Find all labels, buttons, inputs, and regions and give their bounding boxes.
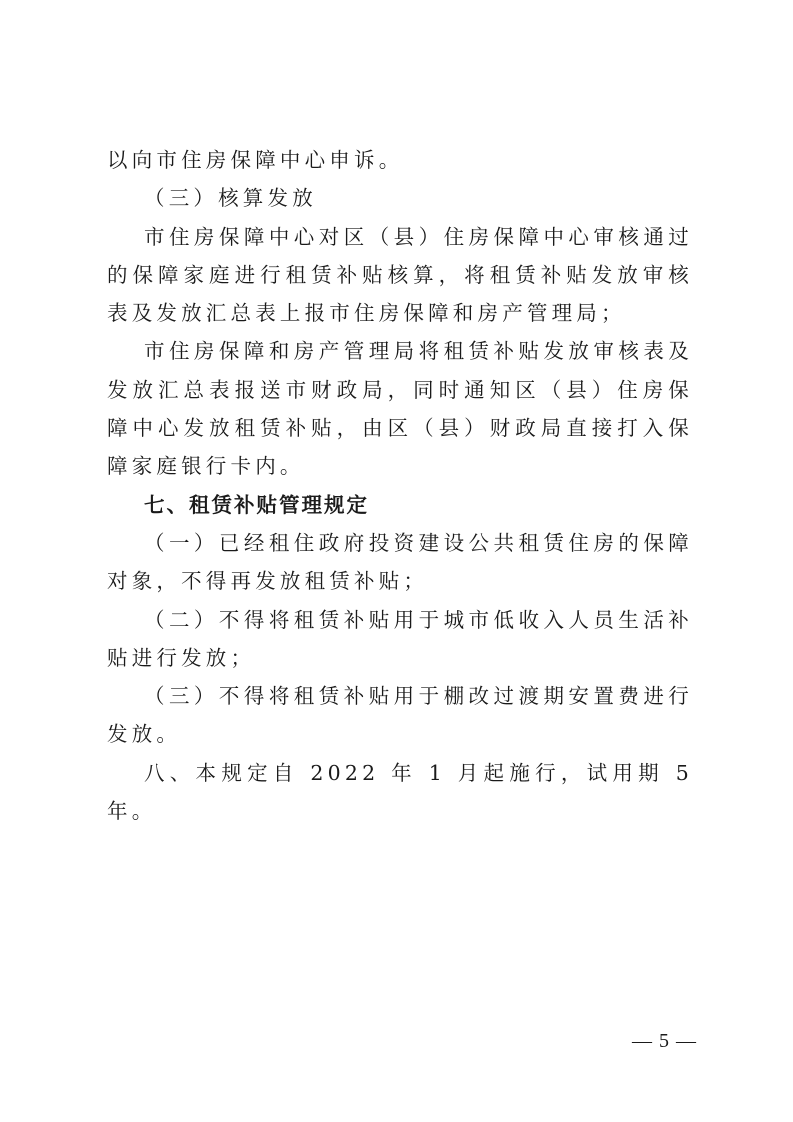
rule-item-2: （二）不得将租赁补贴用于城市低收入人员生活补贴进行发放；: [107, 601, 693, 678]
section-heading-management-rules: 七、租赁补贴管理规定: [107, 486, 693, 524]
paragraph-bureau-report: 市住房保障和房产管理局将租赁补贴发放审核表及发放汇总表报送市财政局，同时通知区（…: [107, 332, 693, 485]
document-body: 以向市住房保障中心申诉。 （三）核算发放 市住房保障中心对区（县）住房保障中心审…: [107, 141, 693, 830]
paragraph-appeal-continuation: 以向市住房保障中心申诉。: [107, 141, 693, 179]
subheading-calculation-distribution: （三）核算发放: [107, 179, 693, 217]
rule-item-1: （一）已经租住政府投资建设公共租赁住房的保障对象，不得再发放租赁补贴；: [107, 524, 693, 601]
page-number: — 5 —: [632, 1030, 697, 1053]
document-page: 以向市住房保障中心申诉。 （三）核算发放 市住房保障中心对区（县）住房保障中心审…: [0, 0, 793, 1122]
section-effective-date: 八、本规定自 2022 年 1 月起施行，试用期 5 年。: [107, 754, 693, 831]
rule-item-3: （三）不得将租赁补贴用于棚改过渡期安置费进行发放。: [107, 677, 693, 754]
paragraph-center-calculation: 市住房保障中心对区（县）住房保障中心审核通过的保障家庭进行租赁补贴核算，将租赁补…: [107, 218, 693, 333]
